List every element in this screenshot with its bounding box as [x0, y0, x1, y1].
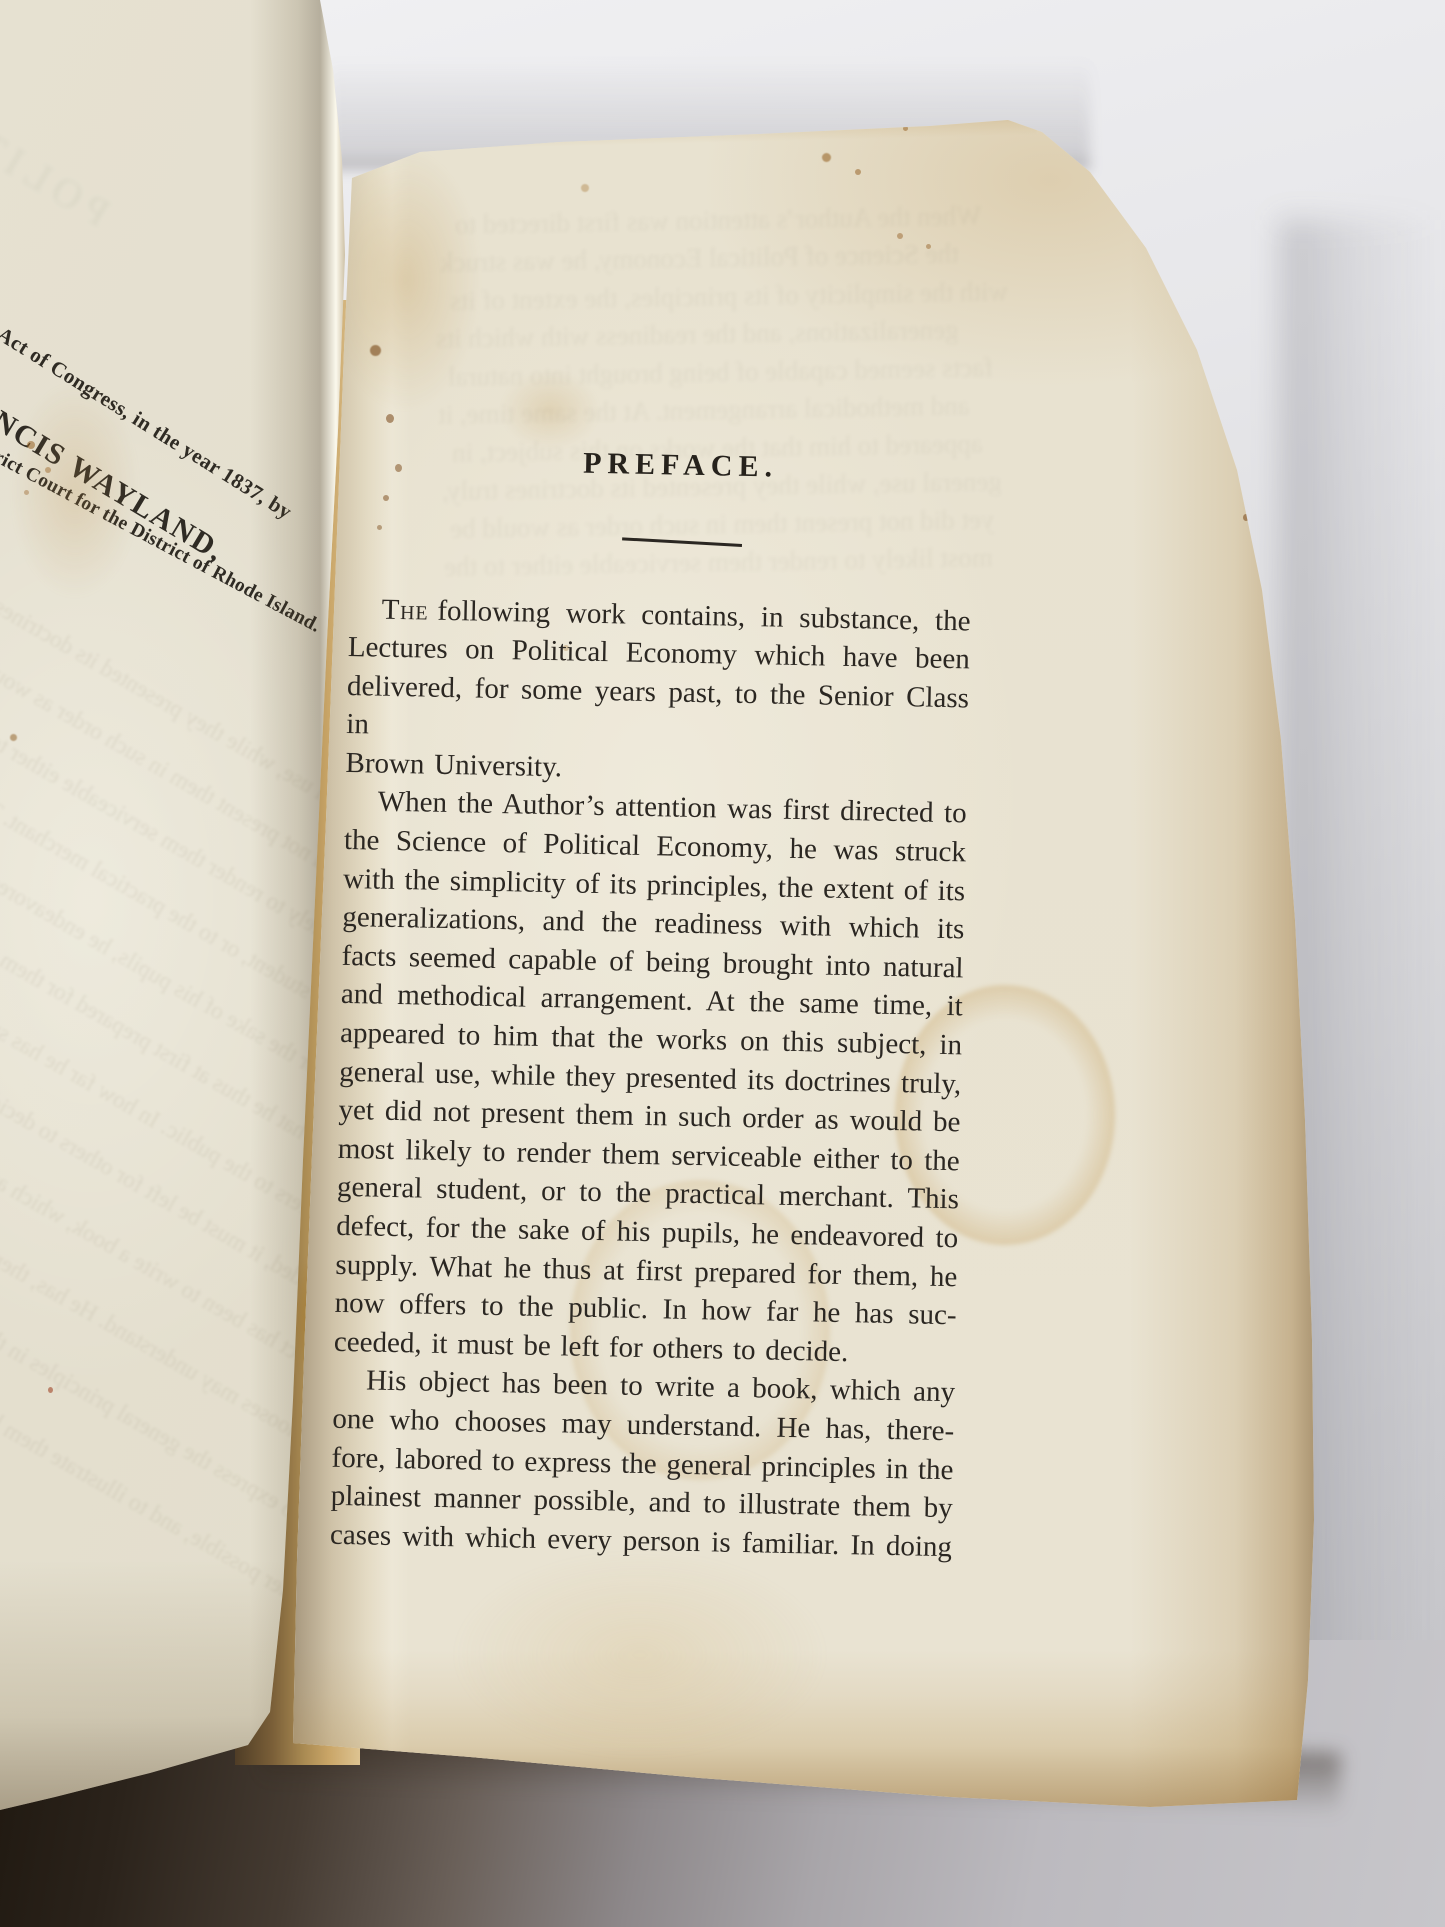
ghost-title-showthrough: POLITICAL — [0, 52, 118, 236]
foxing-spot — [822, 153, 831, 162]
preface-line: delivered, for some years past, to the S… — [346, 667, 969, 757]
ghost-line: the Science of Political Economy, he was… — [440, 238, 959, 278]
book-photo: POLITICAL Act of Congress, in the year 1… — [0, 0, 1445, 1927]
heading-rule — [622, 537, 742, 546]
preface-text-block: PREFACE. Thefollowing work contains, in … — [330, 442, 974, 1567]
foxing-spot — [48, 1387, 53, 1393]
stain — [10, 380, 140, 600]
foxing-spot — [581, 184, 589, 192]
foxing-spot — [1243, 514, 1249, 521]
water-stain — [450, 1550, 830, 1760]
foxing-spot — [370, 345, 381, 356]
ghost-line: generalizations, and the readiness with … — [436, 314, 959, 354]
foxing-spot — [897, 233, 903, 239]
leading-small-caps: The — [381, 593, 428, 626]
foxing-spot — [855, 169, 861, 175]
ghost-line: with the simplicity of its principles, t… — [450, 276, 1008, 317]
foxing-spot — [10, 734, 17, 741]
preface-paragraphs: Thefollowing work contains, in substance… — [330, 589, 971, 1566]
foxing-spot — [386, 414, 394, 423]
ghost-line: facts seemed capable of being brought in… — [448, 352, 994, 393]
